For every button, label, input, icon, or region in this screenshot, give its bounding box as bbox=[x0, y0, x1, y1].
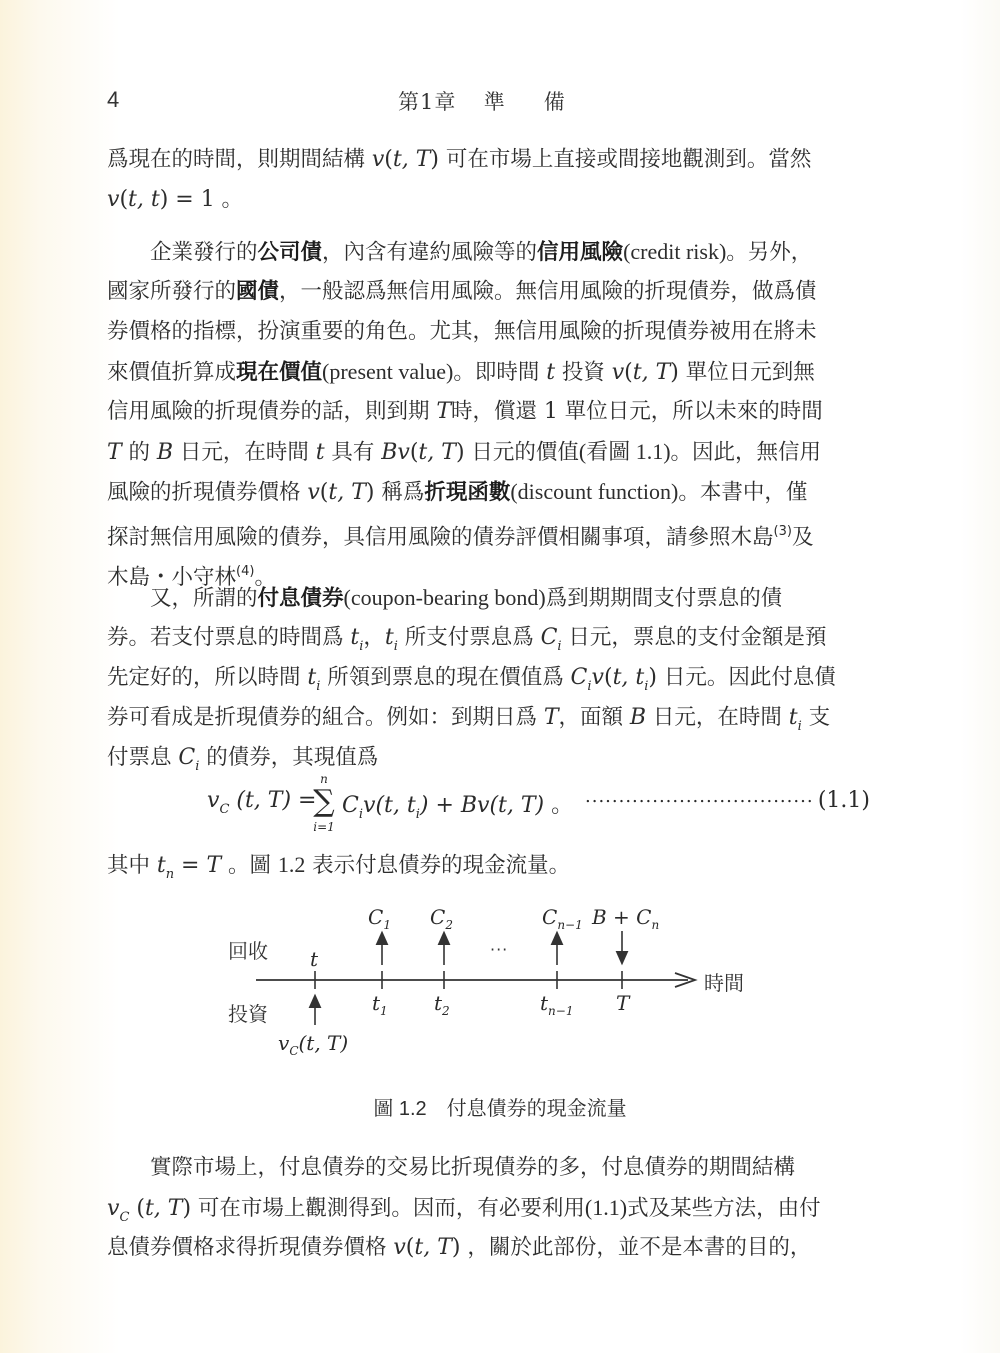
text-span: 國家所發行的 bbox=[107, 279, 236, 304]
text-span: 爲到期期間支付票息的債 bbox=[546, 586, 783, 611]
paragraph-p4: 其中 tn = T 。圖 1.2 表示付息債券的現金流量。 bbox=[107, 845, 870, 885]
math-expression: t, T bbox=[328, 480, 366, 505]
math-expression: 1 bbox=[544, 399, 558, 424]
bold-term: 公司債 bbox=[258, 240, 323, 265]
text-span: 付票息 bbox=[107, 745, 178, 770]
label-time-axis: 時間 bbox=[704, 967, 744, 996]
footnote-ref: (4) bbox=[236, 564, 254, 579]
ellipsis: ··· bbox=[490, 940, 508, 959]
math-expression: ) bbox=[430, 147, 439, 172]
math-expression: v bbox=[393, 1235, 405, 1260]
chapter-title-part1: 準 bbox=[484, 90, 506, 114]
math-expression: t, T bbox=[145, 1196, 183, 1221]
text-span: 時，償還 bbox=[451, 399, 544, 424]
equation-number: (1.1) bbox=[818, 788, 870, 813]
math-expression: C bbox=[178, 745, 195, 770]
math-expression: B bbox=[157, 440, 173, 465]
math-expression: ) bbox=[670, 360, 679, 385]
text-span: 。另外， bbox=[726, 240, 812, 265]
math-expression: ( bbox=[119, 187, 128, 212]
text-span: 日元的價值 bbox=[465, 440, 579, 465]
text-span: 日元，在時間 bbox=[173, 440, 316, 465]
text-line: 實際市場上，付息債券的交易比折現債券的多，付息債券的期間結構 bbox=[107, 1148, 870, 1188]
text-span: 的 bbox=[122, 440, 157, 465]
text-span: 實際市場上，付息債券的交易比折現債券的多，付息債券的期間結構 bbox=[107, 1155, 795, 1180]
text-span: 式及某些方法，由付 bbox=[627, 1196, 821, 1221]
math-expression: t bbox=[546, 360, 555, 385]
text-span: 可在市場上直接或間接地觀測到。當然 bbox=[439, 147, 811, 172]
text-line: 券。若支付票息的時間爲 ti，ti 所支付票息爲 Ci 日元，票息的支付金額是預 bbox=[107, 618, 870, 658]
text-span: 的債券，其現值爲 bbox=[199, 745, 378, 770]
text-line: 來價值折算成現在價值(present value)。即時間 t 投資 v(t, … bbox=[107, 352, 870, 392]
text-line: 企業發行的公司債，內含有違約風險等的信用風險(credit risk)。另外， bbox=[107, 232, 870, 272]
text-line: 風險的折現債券價格 v(t, T) 稱爲折現函數(discount functi… bbox=[107, 472, 870, 512]
math-expression: v bbox=[107, 187, 119, 212]
text-span: 息債券價格求得折現債券價格 bbox=[107, 1235, 393, 1260]
equation-1-1: vC (t, T) = n ∑ i=1 Civ(t, ti) + Bv(t, T… bbox=[207, 780, 870, 840]
text-span: 日元，在時間 bbox=[646, 705, 789, 730]
math-expression: C bbox=[119, 1210, 129, 1225]
math-expression: v bbox=[372, 147, 384, 172]
figure-cash-flow-diagram: 回收 投資 時間 ··· t t1 t2 tn−1 T C1 C2 Cn−1 B… bbox=[220, 895, 780, 1065]
math-expression: T bbox=[206, 853, 221, 878]
tick-label-tn-1: tn−1 bbox=[540, 991, 573, 1018]
sigma-icon: ∑ bbox=[312, 784, 336, 819]
text-span: 。本書中，僅 bbox=[678, 480, 807, 505]
math-expression: T bbox=[544, 705, 559, 730]
text-span: 投資 bbox=[555, 360, 612, 385]
math-expression: t bbox=[307, 665, 316, 690]
text-span: 來價值折算成 bbox=[107, 360, 236, 385]
text-line: vC (t, T) 可在市場上觀測得到。因而，有必要利用(1.1)式及某些方法，… bbox=[107, 1188, 870, 1228]
math-expression: ) bbox=[648, 665, 657, 690]
text-span: 爲現在的時間，則期間結構 bbox=[107, 147, 372, 172]
text-span: ，內含有違約風險等的 bbox=[322, 240, 537, 265]
caption-number: 圖 1.2 bbox=[373, 1098, 426, 1120]
math-expression: v bbox=[612, 360, 624, 385]
math-expression: v bbox=[592, 665, 604, 690]
text-span: ，關於此部份，並不是本書的目的， bbox=[460, 1235, 811, 1260]
math-expression: t, T bbox=[633, 360, 671, 385]
text-span: ，面額 bbox=[559, 705, 630, 730]
math-expression: T bbox=[107, 440, 122, 465]
paragraph-p3: 又，所謂的付息債券(coupon-bearing bond)爲到期期間支付票息的… bbox=[107, 578, 870, 778]
math-expression: C bbox=[571, 665, 588, 690]
text-span: (present value) bbox=[322, 359, 453, 384]
text-span: 券。若支付票息的時間爲 bbox=[107, 625, 350, 650]
math-expression: t bbox=[385, 625, 394, 650]
tick-label-T: T bbox=[616, 991, 629, 1015]
text-line: T 的 B 日元，在時間 t 具有 Bv(t, T) 日元的價值(看圖 1.1)… bbox=[107, 432, 870, 472]
page-number: 4 bbox=[107, 87, 119, 113]
text-span: 風險的折現債券價格 bbox=[107, 480, 307, 505]
text-span: (discount function) bbox=[510, 479, 678, 504]
math-expression: ( bbox=[624, 360, 633, 385]
label-return: 回收 bbox=[228, 935, 268, 964]
text-span: (coupon-bearing bond) bbox=[344, 585, 546, 610]
math-expression: ) bbox=[456, 440, 465, 465]
text-line: 息債券價格求得折現債券價格 v(t, T) ，關於此部份，並不是本書的目的， bbox=[107, 1228, 870, 1268]
label-B-plus-Cn: B + Cn bbox=[592, 905, 659, 932]
text-line: 又，所謂的付息債券(coupon-bearing bond)爲到期期間支付票息的… bbox=[107, 578, 870, 618]
text-span: ，一般認爲無信用風險。無信用風險的折現債券，做爲債 bbox=[279, 279, 817, 304]
math-expression: t bbox=[316, 440, 325, 465]
math-expression: B bbox=[630, 705, 646, 730]
text-span: 企業發行的 bbox=[107, 240, 258, 265]
math-expression: ( bbox=[384, 147, 393, 172]
eq-lhs-v: v bbox=[207, 788, 219, 813]
text-span: 具有 bbox=[325, 440, 382, 465]
footnote-ref: (3) bbox=[774, 524, 792, 539]
text-line: 券可看成是折現債券的組合。例如：到期日爲 T，面額 B 日元，在時間 ti 支 bbox=[107, 698, 870, 738]
text-line: 券價格的指標，扮演重要的角色。尤其，無信用風險的折現債券被用在將未 bbox=[107, 312, 870, 352]
text-span: 所支付票息爲 bbox=[398, 625, 541, 650]
text-span: 單位日元，所以未來的時間 bbox=[558, 399, 823, 424]
text-span: 及 bbox=[792, 525, 814, 550]
math-expression: ) bbox=[182, 1196, 191, 1221]
text-span: 可在市場上觀測得到。因而，有必要利用 bbox=[191, 1196, 585, 1221]
tick-label-t2: t2 bbox=[434, 991, 450, 1018]
math-expression: ( bbox=[604, 665, 613, 690]
text-span: 稱爲 bbox=[374, 480, 424, 505]
text-span: 。圖 bbox=[221, 853, 278, 878]
text-span: 探討無信用風險的債券，具信用風險的債券評價相關事項，請參照木島 bbox=[107, 525, 774, 550]
caption-title: 付息債券的現金流量 bbox=[447, 1096, 627, 1120]
paragraph-p5: 實際市場上，付息債券的交易比折現債券的多，付息債券的期間結構vC (t, T) … bbox=[107, 1148, 870, 1268]
text-span: ， bbox=[363, 625, 385, 650]
math-expression: t bbox=[789, 705, 798, 730]
text-span: 日元，票息的支付金額是預 bbox=[562, 625, 827, 650]
text-span: (1.1) bbox=[585, 1195, 627, 1220]
math-expression: t, T bbox=[418, 440, 456, 465]
text-span: 所領到票息的現在價值爲 bbox=[320, 665, 570, 690]
text-line: 國家所發行的國債，一般認爲無信用風險。無信用風險的折現債券，做爲債 bbox=[107, 272, 870, 312]
math-expression: v bbox=[107, 1196, 119, 1221]
chapter-label: 第1章 bbox=[398, 90, 456, 114]
text-span: 支 bbox=[802, 705, 830, 730]
text-span: 信用風險的折現債券的話，則到期 bbox=[107, 399, 436, 424]
label-invest: 投資 bbox=[228, 998, 268, 1027]
text-span: 。 bbox=[215, 187, 243, 212]
math-expression: t bbox=[157, 853, 166, 878]
paragraph-p1: 爲現在的時間，則期間結構 v(t, T) 可在市場上直接或間接地觀測到。當然v(… bbox=[107, 140, 870, 220]
text-line: 付票息 Ci 的債券，其現值爲 bbox=[107, 738, 870, 778]
text-span: 單位日元到無 bbox=[679, 360, 815, 385]
text-span: (credit risk) bbox=[623, 239, 726, 264]
chapter-title-part2: 備 bbox=[544, 90, 566, 114]
text-span: 1.2 bbox=[278, 852, 306, 877]
text-span: 。即時間 bbox=[453, 360, 546, 385]
bold-term: 國債 bbox=[236, 279, 279, 304]
text-span: 。因此，無信用 bbox=[671, 440, 822, 465]
text-line: 其中 tn = T 。圖 1.2 表示付息債券的現金流量。 bbox=[107, 845, 870, 885]
bold-term: 折現函數 bbox=[424, 480, 510, 505]
label-C2: C2 bbox=[430, 905, 453, 932]
math-expression: Bv bbox=[381, 440, 410, 465]
math-expression: ) = 1 bbox=[160, 187, 215, 212]
text-span: 表示付息債券的現金流量。 bbox=[305, 853, 570, 878]
math-expression: t, t bbox=[128, 187, 160, 212]
paragraph-p2: 企業發行的公司債，內含有違約風險等的信用風險(credit risk)。另外，國… bbox=[107, 232, 870, 592]
text-span: 券價格的指標，扮演重要的角色。尤其，無信用風險的折現債券被用在將未 bbox=[107, 319, 817, 344]
label-C1: C1 bbox=[368, 905, 391, 932]
math-expression: t, T bbox=[414, 1235, 452, 1260]
text-span: 券可看成是折現債券的組合。例如：到期日爲 bbox=[107, 705, 544, 730]
label-Cn-1: Cn−1 bbox=[542, 905, 583, 932]
math-expression: C bbox=[541, 625, 558, 650]
bold-term: 信用風險 bbox=[537, 240, 623, 265]
text-span: (看圖 1.1) bbox=[579, 439, 671, 464]
math-expression: T bbox=[436, 399, 451, 424]
figure-caption: 圖 1.2付息債券的現金流量 bbox=[0, 1092, 1000, 1121]
math-expression: = bbox=[174, 853, 206, 878]
text-line: 探討無信用風險的債券，具信用風險的債券評價相關事項，請參照木島(3)及 bbox=[107, 512, 870, 552]
text-span: 先定好的，所以時間 bbox=[107, 665, 307, 690]
tick-label-t: t bbox=[310, 947, 318, 971]
text-line: 信用風險的折現債券的話，則到期 T時，償還 1 單位日元，所以未來的時間 bbox=[107, 392, 870, 432]
math-expression: n bbox=[166, 867, 174, 882]
math-expression: t, t bbox=[613, 665, 645, 690]
math-expression: ( bbox=[129, 1196, 145, 1221]
eq-lhs-args: (t, T) = bbox=[229, 788, 316, 813]
sum-lower-limit: i=1 bbox=[310, 820, 338, 834]
text-span: 日元。因此付息債 bbox=[657, 665, 836, 690]
text-line: 爲現在的時間，則期間結構 v(t, T) 可在市場上直接或間接地觀測到。當然 bbox=[107, 140, 870, 180]
bold-term: 現在價值 bbox=[236, 360, 322, 385]
tick-label-t1: t1 bbox=[372, 991, 388, 1018]
text-line: 先定好的，所以時間 ti 所領到票息的現在價值爲 Civ(t, ti) 日元。因… bbox=[107, 658, 870, 698]
math-expression: v bbox=[307, 480, 319, 505]
text-span: 其中 bbox=[107, 853, 157, 878]
math-expression: t bbox=[350, 625, 359, 650]
running-head: 第1章 準備 bbox=[398, 86, 566, 116]
label-vc-t-T: vC(t, T) bbox=[278, 1031, 348, 1058]
text-line: v(t, t) = 1 。 bbox=[107, 180, 870, 220]
text-span: 又，所謂的 bbox=[107, 586, 258, 611]
bold-term: 付息債券 bbox=[258, 586, 344, 611]
leader-dots: ........................................… bbox=[585, 786, 815, 807]
math-expression: t, T bbox=[393, 147, 431, 172]
